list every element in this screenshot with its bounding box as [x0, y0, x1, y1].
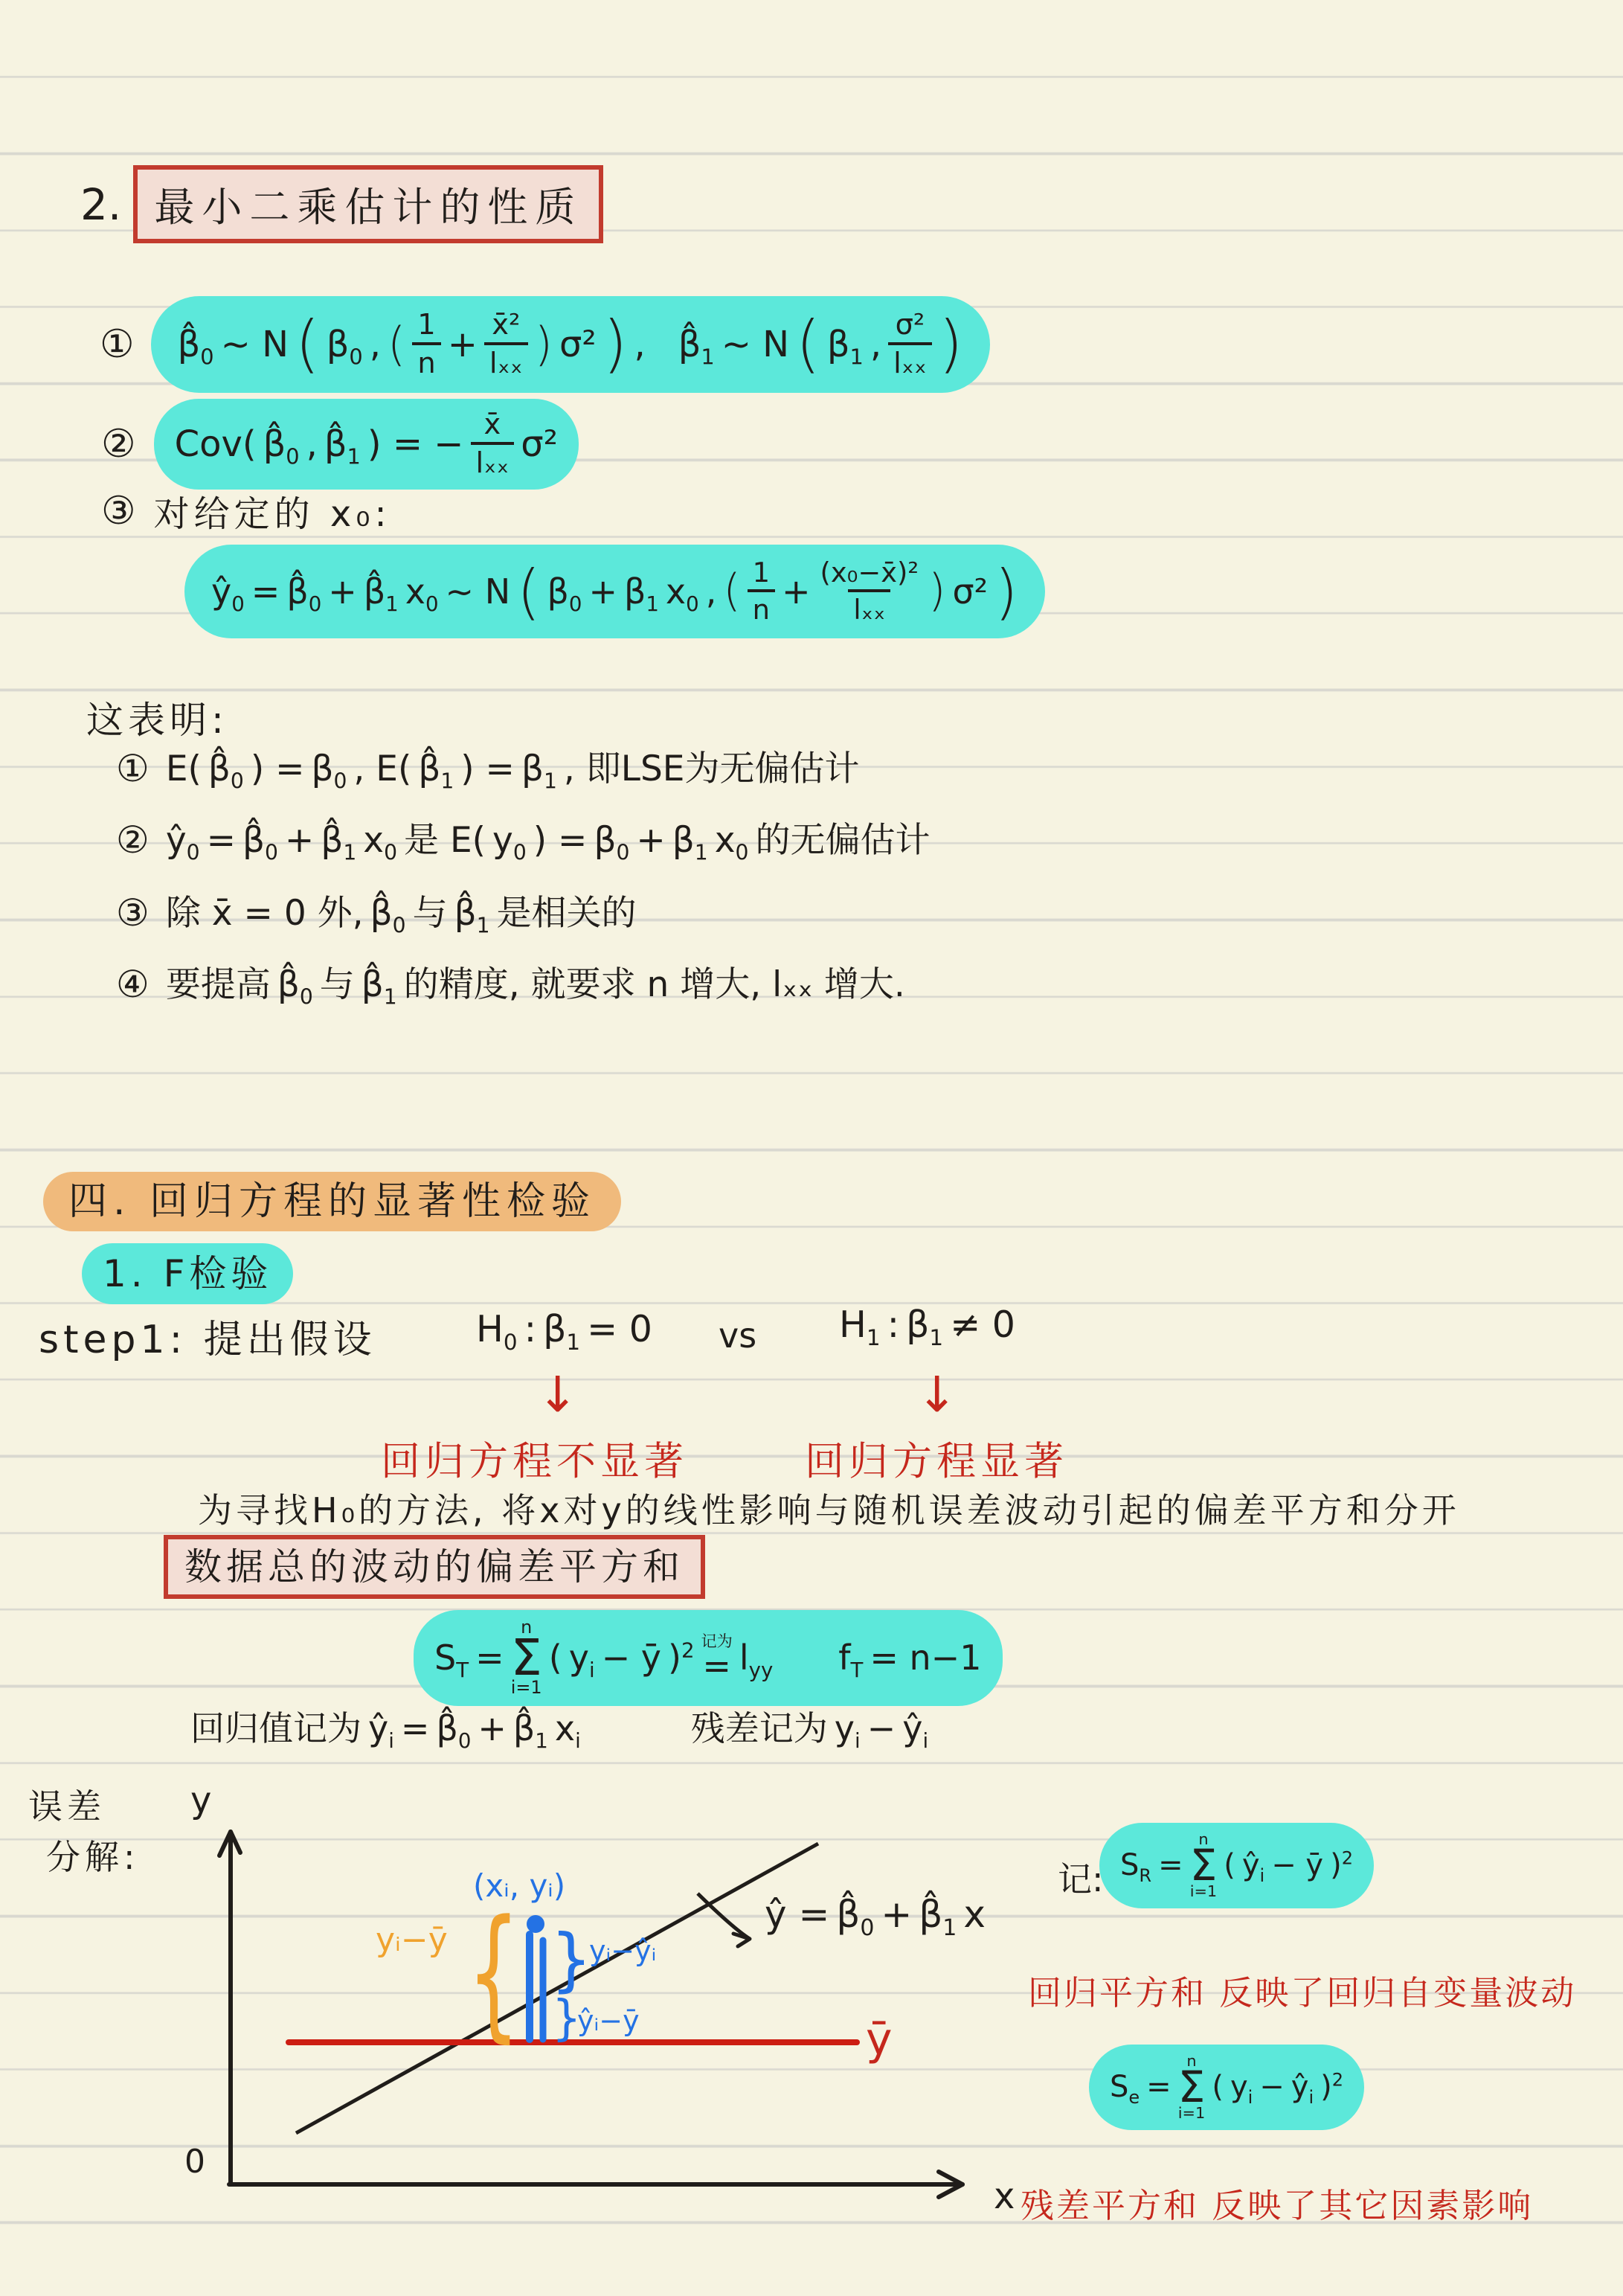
data-point — [527, 1915, 544, 1933]
formula-residual-sum-of-squares: Se=nΣi=1(yi−ŷi)2 — [1089, 2045, 1364, 2130]
se-formula-row: Se=nΣi=1(yi−ŷi)2 — [1089, 2045, 1364, 2130]
formula-regression-sum-of-squares: SR=nΣi=1(ŷi− ȳ)2 — [1099, 1823, 1374, 1908]
implication-item: ③ 除 x̄ = 0 外,β̂0与β̂1是相关的 — [116, 891, 637, 934]
formula-total-sum-of-squares: ST=nΣi=1(yi− ȳ)2记为=lyyfT= n−1 — [414, 1610, 1003, 1706]
implication-2-text: ŷ0=β̂0+β̂1x0 是 E(y0) =β0+β1x0 的无偏估计 — [166, 823, 931, 858]
total-deviation-label: yᵢ−ȳ — [376, 1921, 448, 1959]
origin-label: 0 — [184, 2143, 205, 2181]
circled-2: ② — [101, 422, 136, 466]
error-decomposition-plot — [0, 1771, 1079, 2296]
denote-mark: 记: — [1058, 1853, 1104, 1902]
property-3-row: ③ 对给定的 x₀: — [101, 485, 391, 536]
residual-segment-label: yᵢ−ŷᵢ — [589, 1934, 656, 1967]
x-axis-label: x — [994, 2175, 1015, 2217]
notebook-page: 2. 最小二乘估计的性质 ① β̂0∼ N(β0,(1n+x̄²lₓₓ)σ²),… — [0, 0, 1623, 2296]
section-title-box: 最小二乘估计的性质 — [133, 165, 603, 243]
mean-line-label: ȳ — [866, 2013, 893, 2065]
circled-3: ③ — [101, 489, 136, 533]
property-2-row: ② Cov(β̂0,β̂1) = −x̄lₓₓσ² — [101, 399, 579, 490]
fitted-residual-note: 回归值记为ŷi=β̂0+β̂1xi残差记为yi−ŷi — [190, 1711, 928, 1745]
implication-item: ② ŷ0=β̂0+β̂1x0 是 E(y0) =β0+β1x0 的无偏估计 — [116, 818, 930, 862]
circled-2: ② — [116, 818, 150, 862]
down-arrow-icon: ↓ — [916, 1366, 957, 1423]
h1-annotation: 回归方程显著 — [805, 1430, 1068, 1487]
circled-1: ① — [100, 322, 135, 367]
st-formula-row: ST=nΣi=1(yi− ȳ)2记为=lyyfT= n−1 — [414, 1610, 1003, 1706]
residual-brace: } — [550, 1925, 592, 1994]
method-explanation: 为寻找H₀的方法, 将x对y的线性影响与随机误差波动引起的偏差平方和分开 — [198, 1484, 1460, 1533]
sr-formula-row: SR=nΣi=1(ŷi− ȳ)2 — [1099, 1823, 1374, 1908]
formula-yhat0-distribution: ŷ0=β̂0+β̂1x0∼ N(β0+β1x0,(1n+(x₀−x̄)²lₓₓ)… — [184, 545, 1045, 638]
pointer-arrow-curve — [698, 1893, 750, 1939]
formula-beta-distributions: β̂0∼ N(β0,(1n+x̄²lₓₓ)σ²),β̂1∼ N(β1,σ²lₓₓ… — [151, 296, 990, 393]
implications-intro: 这表明: — [86, 690, 228, 744]
regression-deviation-label: ŷᵢ−ȳ — [577, 2004, 640, 2037]
total-deviation-brace: { — [467, 1902, 520, 2045]
section-title-row: 2. 最小二乘估计的性质 — [80, 165, 603, 243]
total-variation-box-row: 数据总的波动的偏差平方和 — [164, 1537, 705, 1591]
section-number: 2. — [80, 179, 121, 230]
f-test-subheading-row: 1. F检验 — [82, 1244, 293, 1298]
down-arrow-icon: ↓ — [537, 1366, 578, 1423]
f-test-subheading: 1. F检验 — [82, 1243, 293, 1304]
property-3-formula-row: ŷ0=β̂0+β̂1x0∼ N(β0+β1x0,(1n+(x₀−x̄)²lₓₓ)… — [184, 545, 1045, 638]
circled-1: ① — [116, 747, 150, 790]
total-variation-box: 数据总的波动的偏差平方和 — [164, 1535, 705, 1599]
se-caption: 残差平方和 反映了其它因素影响 — [1021, 2178, 1533, 2227]
null-hypothesis: H0:β1= 0 — [476, 1311, 652, 1347]
vs-label: vs — [719, 1315, 756, 1356]
implication-item: ① E(β̂0) =β0, E(β̂1) =β1, 即LSE为无偏估计 — [116, 747, 860, 790]
given-x0-label: 对给定的 x₀: — [154, 485, 391, 536]
alt-hypothesis: H1:β1≠ 0 — [839, 1306, 1015, 1343]
h0-annotation: 回归方程不显著 — [381, 1430, 688, 1487]
step1-label: step1: 提出假设 — [39, 1308, 376, 1364]
circled-3: ③ — [116, 891, 150, 934]
section4-heading: 四. 回归方程的显著性检验 — [43, 1172, 621, 1231]
implication-item: ④ 要提高β̂0与β̂1的精度, 就要求 n 增大, lₓₓ 增大. — [116, 963, 905, 1006]
implication-4-text: 要提高β̂0与β̂1的精度, 就要求 n 增大, lₓₓ 增大. — [166, 967, 905, 1002]
sr-caption: 回归平方和 反映了回归自变量波动 — [1028, 1966, 1576, 2014]
y-axis-label: y — [190, 1780, 211, 1821]
formula-covariance: Cov(β̂0,β̂1) = −x̄lₓₓσ² — [154, 399, 579, 490]
circled-4: ④ — [116, 963, 150, 1006]
regression-line-equation: ŷ =β̂0+β̂1x — [765, 1896, 986, 1933]
section4-heading-row: 四. 回归方程的显著性检验 — [43, 1170, 621, 1225]
property-1-row: ① β̂0∼ N(β0,(1n+x̄²lₓₓ)σ²),β̂1∼ N(β1,σ²l… — [100, 296, 990, 393]
implication-1-text: E(β̂0) =β0, E(β̂1) =β1, 即LSE为无偏估计 — [166, 751, 860, 786]
implication-3-text: 除 x̄ = 0 外,β̂0与β̂1是相关的 — [166, 896, 637, 931]
